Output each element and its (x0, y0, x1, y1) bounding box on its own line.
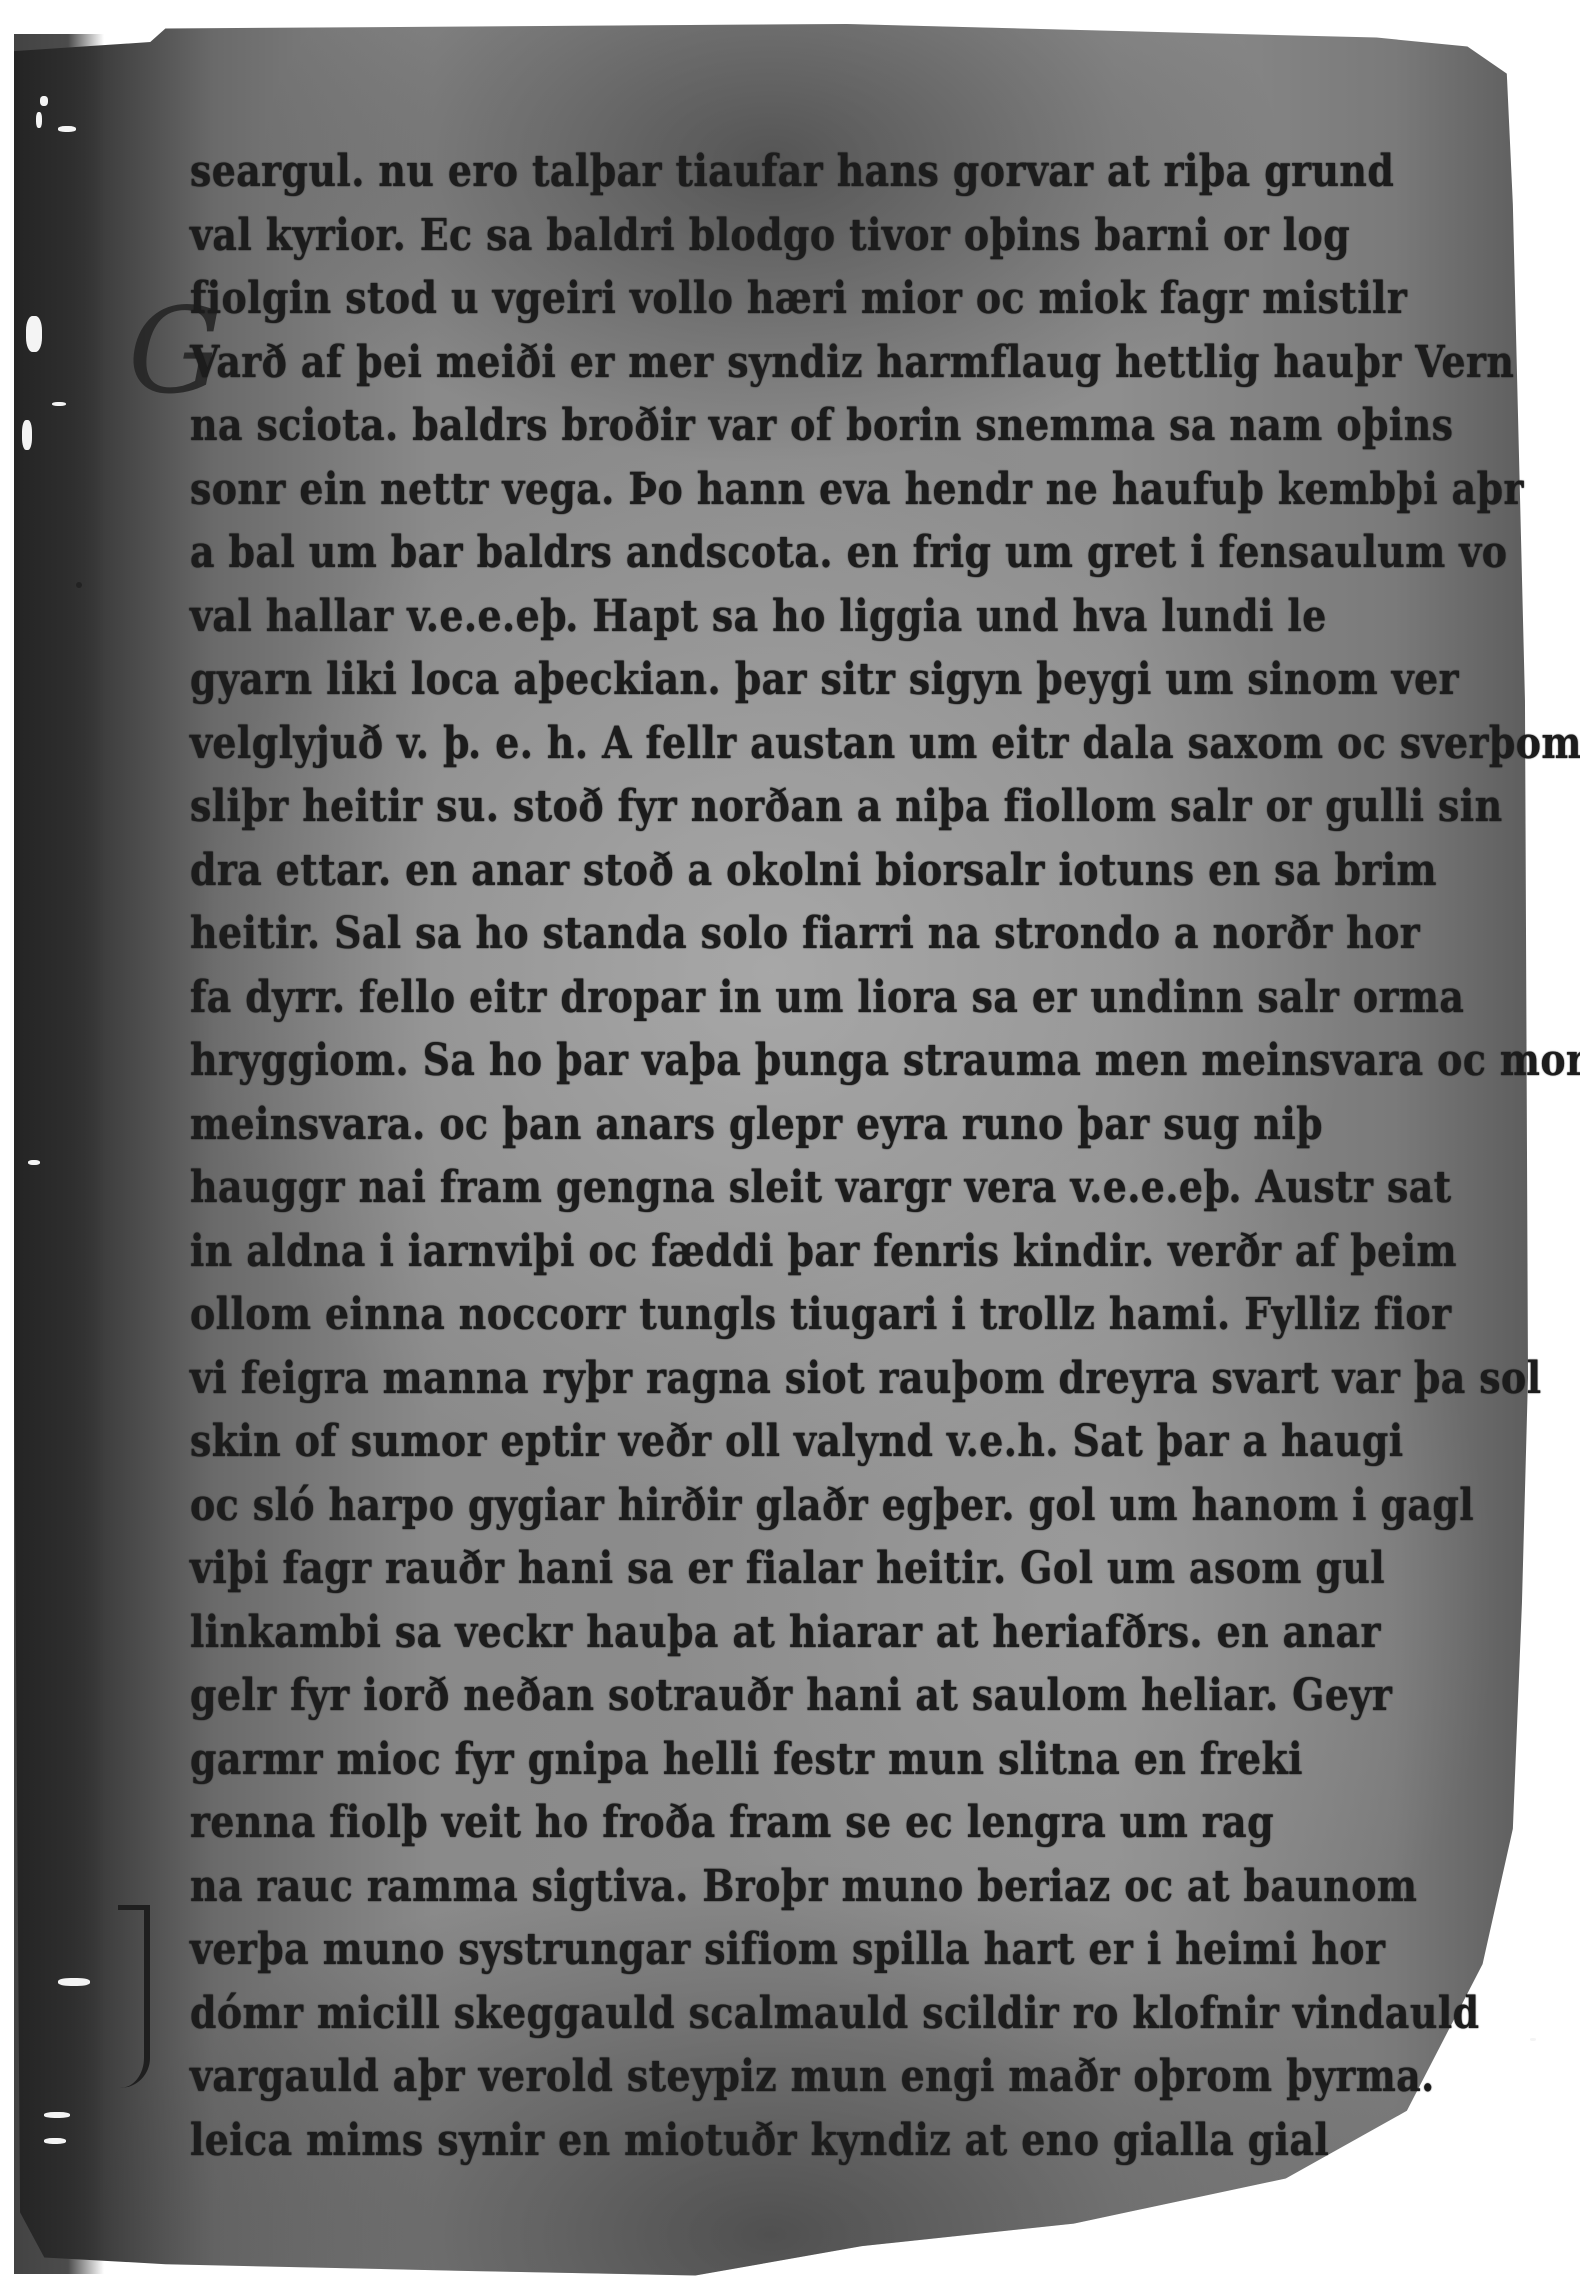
text-line: hauggr nai fram gengna sleit vargr vera … (190, 1156, 1265, 1220)
margin-tear (52, 402, 66, 406)
text-line: garmr mioc fyr gnipa helli festr mun sli… (190, 1728, 1265, 1792)
text-line: heitir. Sal sa ho standa solo fiarri na … (190, 902, 1265, 966)
edge-nick (1530, 2038, 1536, 2041)
text-line: renna fiolþ veit ho froða fram se ec len… (190, 1791, 1265, 1855)
margin-tear (40, 96, 48, 106)
text-line: linkambi sa veckr hauþa at hiarar at her… (190, 1601, 1265, 1665)
text-line: vargauld aþr verold steypiz mun engi mað… (190, 2045, 1265, 2109)
margin-tear (58, 1978, 90, 1986)
text-line: velglyjuð v. þ. e. h. A fellr austan um … (190, 712, 1265, 776)
text-line: sliþr heitir su. stoð fyr norðan a niþa … (190, 775, 1265, 839)
margin-tear (26, 316, 42, 352)
decorated-initial-bracket (118, 1905, 150, 2088)
text-line: ollom einna noccorr tungls tiugari i tro… (190, 1283, 1265, 1347)
text-line: seargul. nu ero talþar tiaufar hans gorv… (190, 140, 1265, 204)
margin-tear (36, 112, 42, 128)
margin-tear (58, 126, 76, 132)
text-line: dómr micill skeggauld scalmauld scildir … (190, 1982, 1265, 2046)
text-line: skin of sumor eptir veðr oll valynd v.e.… (190, 1410, 1265, 1474)
text-line: a bal um bar baldrs andscota. en frig um… (190, 521, 1265, 585)
text-line: leica mims synir en miotuðr kyndiz at en… (190, 2109, 1265, 2173)
margin-tear (28, 1160, 40, 1165)
text-line: Varð af þei meiði er mer syndiz harmflau… (190, 331, 1265, 395)
text-line: verþa muno systrungar sifiom spilla hart… (190, 1918, 1265, 1982)
text-line: gyarn liki loca aþeckian. þar sitr sigyn… (190, 648, 1265, 712)
text-line: gelr fyr iorð neðan sotrauðr hani at sau… (190, 1664, 1265, 1728)
text-line: val kyrior. Ec sa baldri blodgo tivor oþ… (190, 204, 1265, 268)
text-line: oc sló harpo gygiar hirðir glaðr egþer. … (190, 1474, 1265, 1538)
margin-tear (22, 420, 32, 450)
text-line: hryggiom. Sa ho þar vaþa þunga strauma m… (190, 1029, 1265, 1093)
text-line: meinsvara. oc þan anars glepr eyra runo … (190, 1093, 1265, 1157)
text-line: val hallar v.e.e.eþ. Hapt sa ho liggia u… (190, 585, 1265, 649)
manuscript-text: seargul. nu ero talþar tiaufar hans gorv… (190, 140, 1440, 2172)
text-line: in aldna i iarnviþi oc fæddi þar fenris … (190, 1220, 1265, 1284)
text-line: vi feigra manna ryþr ragna siot rauþom d… (190, 1347, 1265, 1411)
margin-mark (76, 582, 82, 588)
text-line: dra ettar. en anar stoð a okolni biorsal… (190, 839, 1265, 903)
text-line: fiolgin stod u vgeiri vollo hæri mior oc… (190, 267, 1265, 331)
text-line: na rauc ramma sigtiva. Broþr muno beriaz… (190, 1855, 1265, 1919)
margin-tear (44, 2138, 66, 2144)
text-line: fa dyrr. fello eitr dropar in um liora s… (190, 966, 1265, 1030)
binding-gutter (14, 34, 104, 2274)
text-line: na sciota. baldrs broðir var of borin sn… (190, 394, 1265, 458)
text-line: sonr ein nettr vega. Þo hann eva hendr n… (190, 458, 1265, 522)
text-line: viþi fagr rauðr hani sa er fialar heitir… (190, 1537, 1265, 1601)
margin-tear (44, 2112, 70, 2118)
